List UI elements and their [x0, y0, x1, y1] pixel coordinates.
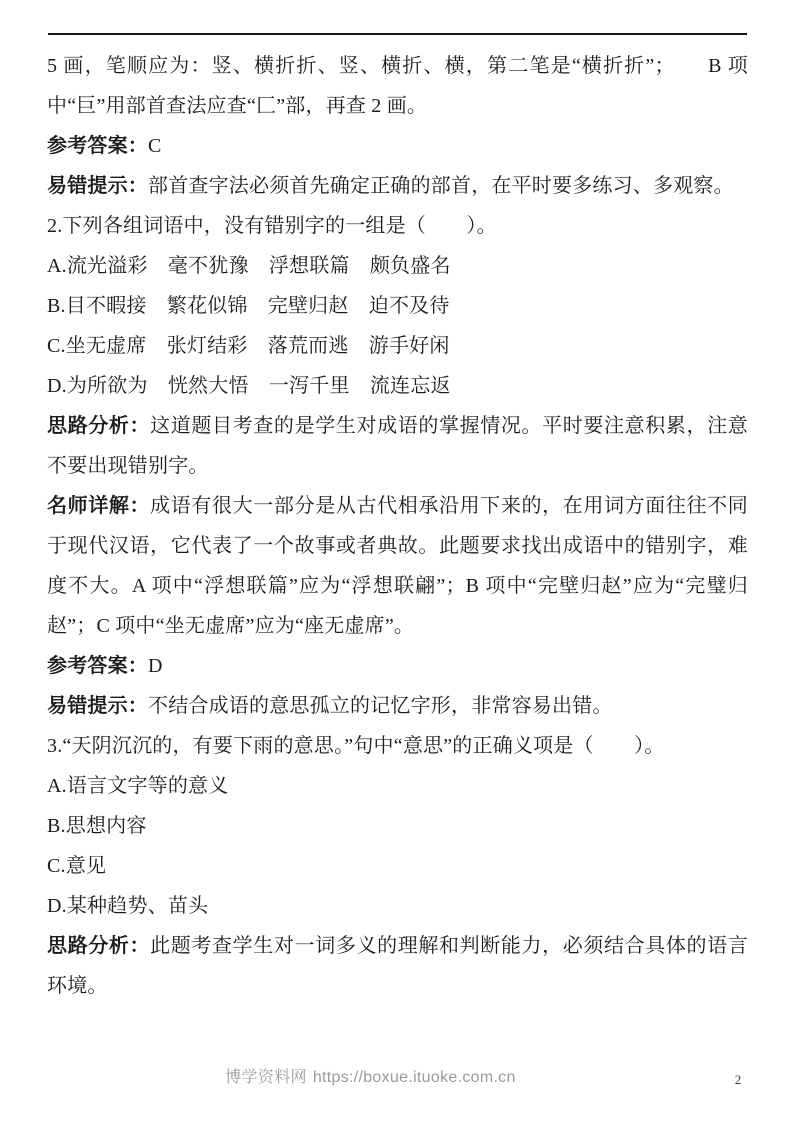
header-rule: [48, 33, 747, 35]
option-text: C.意见: [47, 855, 106, 877]
error-tip-q2: 易错提示：不结合成语的意思孤立的记忆字形，非常容易出错。: [47, 686, 748, 726]
stroke-order-explanation: 5 画，笔顺应为：竖、横折折、竖、横折、横，第二笔是“横折折”； B 项中“巨”…: [47, 46, 748, 126]
error-tip-text: 不结合成语的意思孤立的记忆字形，非常容易出错。: [148, 695, 613, 717]
error-tip-label: 易错提示：: [47, 175, 148, 197]
document-body: 5 画，笔顺应为：竖、横折折、竖、横折、横，第二笔是“横折折”； B 项中“巨”…: [47, 46, 748, 1006]
reference-answer-label: 参考答案：: [47, 135, 148, 157]
option-text: D.为所欲为 恍然大悟 一泻千里 流连忘返: [47, 375, 451, 397]
option-text: B.目不暇接 繁花似锦 完壁归赵 迫不及待: [47, 295, 450, 317]
question-3-option-a: A.语言文字等的意义: [47, 766, 748, 806]
question-2-stem: 2.下列各组词语中，没有错别字的一组是（ ）。: [47, 206, 748, 246]
question-2-option-d: D.为所欲为 恍然大悟 一泻千里 流连忘返: [47, 366, 748, 406]
page-footer: 博学资料网https://boxue.ituoke.com.cn: [48, 1064, 693, 1087]
thinking-analysis-text: 这道题目考查的是学生对成语的掌握情况。平时要注意积累，注意不要出现错别字。: [47, 415, 748, 477]
expert-explanation-q2: 名师详解：成语有很大一部分是从古代相承沿用下来的，在用词方面往往不同于现代汉语，…: [47, 486, 748, 646]
expert-explanation-text: 成语有很大一部分是从古代相承沿用下来的，在用词方面往往不同于现代汉语，它代表了一…: [47, 495, 748, 637]
thinking-analysis-label: 思路分析：: [47, 935, 150, 957]
thinking-analysis-q2: 思路分析：这道题目考查的是学生对成语的掌握情况。平时要注意积累，注意不要出现错别…: [47, 406, 748, 486]
question-3-option-c: C.意见: [47, 846, 748, 886]
thinking-analysis-label: 思路分析：: [47, 415, 150, 437]
expert-explanation-label: 名师详解：: [47, 495, 150, 517]
question-3-option-b: B.思想内容: [47, 806, 748, 846]
reference-answer-value: C: [148, 135, 162, 157]
reference-answer-label: 参考答案：: [47, 655, 148, 677]
footer-site-name: 博学资料网: [225, 1069, 307, 1086]
thinking-analysis-q3: 思路分析：此题考查学生对一词多义的理解和判断能力，必须结合具体的语言环境。: [47, 926, 748, 1006]
error-tip-q1: 易错提示：部首查字法必须首先确定正确的部首，在平时要多练习、多观察。: [47, 166, 748, 206]
reference-answer-value: D: [148, 655, 163, 677]
question-stem-text: 3.“天阴沉沉的，有要下雨的意思。”句中“意思”的正确义项是（ ）。: [47, 735, 665, 757]
error-tip-label: 易错提示：: [47, 695, 148, 717]
question-stem-text: 2.下列各组词语中，没有错别字的一组是（ ）。: [47, 215, 497, 237]
reference-answer-q2: 参考答案：D: [47, 646, 748, 686]
thinking-analysis-text: 此题考查学生对一词多义的理解和判断能力，必须结合具体的语言环境。: [47, 935, 748, 997]
question-2-option-a: A.流光溢彩 毫不犹豫 浮想联篇 颇负盛名: [47, 246, 748, 286]
question-3-stem: 3.“天阴沉沉的，有要下雨的意思。”句中“意思”的正确义项是（ ）。: [47, 726, 748, 766]
footer-url-link[interactable]: https://boxue.ituoke.com.cn: [313, 1069, 516, 1086]
page-number: 2: [728, 1072, 748, 1088]
reference-answer-q1: 参考答案：C: [47, 126, 748, 166]
question-3-option-d: D.某种趋势、苗头: [47, 886, 748, 926]
question-2-option-b: B.目不暇接 繁花似锦 完壁归赵 迫不及待: [47, 286, 748, 326]
document-page: 5 画，笔顺应为：竖、横折折、竖、横折、横，第二笔是“横折折”； B 项中“巨”…: [0, 0, 793, 1122]
option-text: A.语言文字等的意义: [47, 775, 228, 797]
option-text: A.流光溢彩 毫不犹豫 浮想联篇 颇负盛名: [47, 255, 451, 277]
paragraph-text: 5 画，笔顺应为：竖、横折折、竖、横折、横，第二笔是“横折折”； B 项中“巨”…: [47, 55, 748, 117]
option-text: B.思想内容: [47, 815, 147, 837]
option-text: D.某种趋势、苗头: [47, 895, 208, 917]
question-2-option-c: C.坐无虚席 张灯结彩 落荒而逃 游手好闲: [47, 326, 748, 366]
error-tip-text: 部首查字法必须首先确定正确的部首，在平时要多练习、多观察。: [148, 175, 734, 197]
option-text: C.坐无虚席 张灯结彩 落荒而逃 游手好闲: [47, 335, 450, 357]
